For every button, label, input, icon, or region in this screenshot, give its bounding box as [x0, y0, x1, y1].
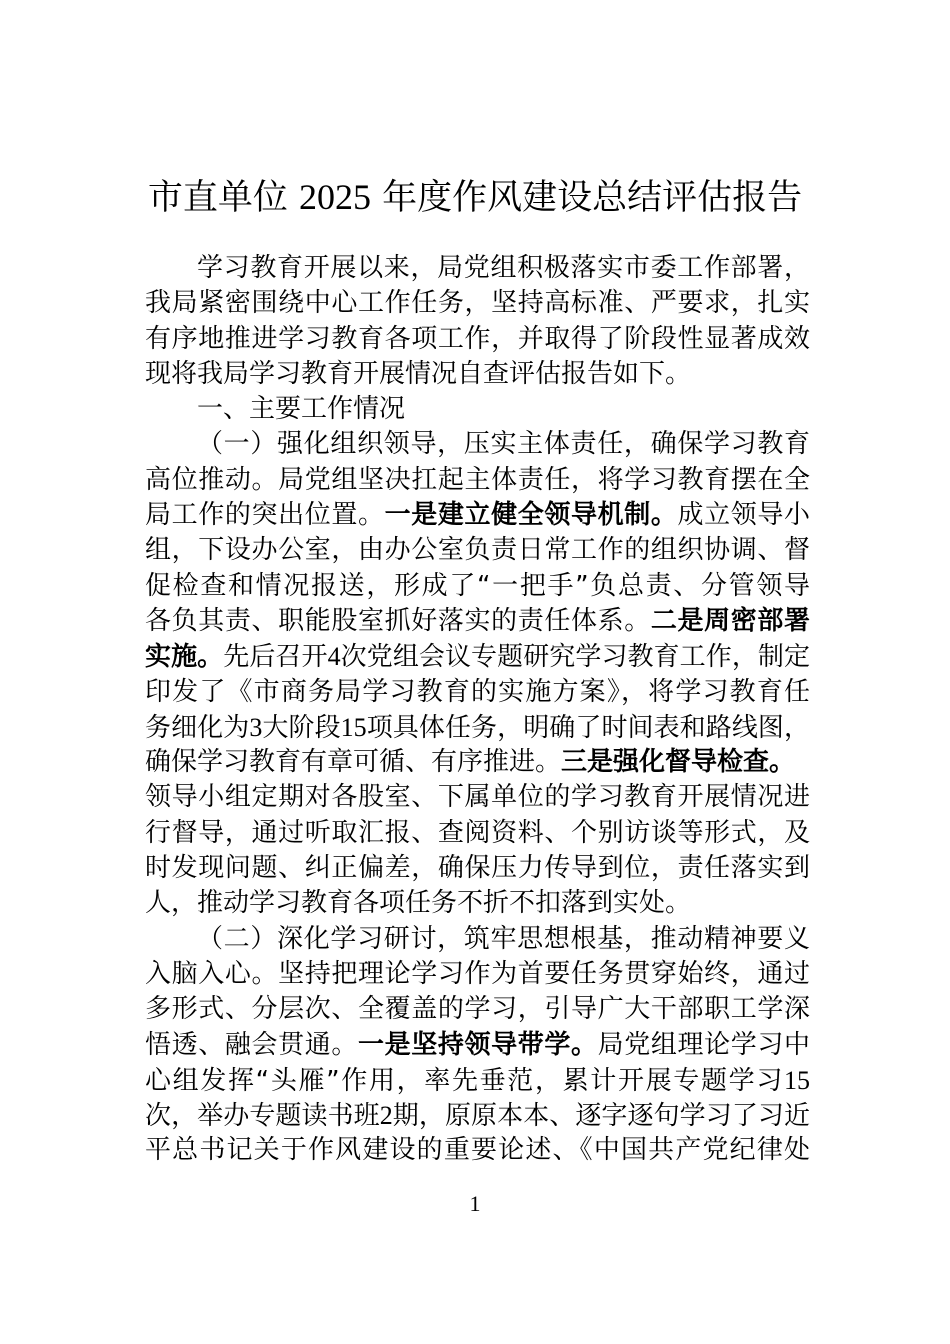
- text-line: 一、主要工作情况: [145, 392, 810, 427]
- text-line: 人，推动学习教育各项任务不折不扣落到实处。: [145, 886, 810, 921]
- text-line: 学习教育开展以来，局党组积极落实市委工作部署，: [145, 251, 810, 286]
- text-line: 确保学习教育有章可循、有序推进。三是强化督导检查。: [145, 745, 810, 780]
- text-line: 心组发挥“头雁”作用，率先垂范，累计开展专题学习15: [145, 1063, 810, 1098]
- text-segment: 4: [328, 642, 341, 671]
- text-line: 入脑入心。坚持把理论学习作为首要任务贯穿始终，通过: [145, 957, 810, 992]
- document-page: 市直单位 2025 年度作风建设总结评估报告 学习教育开展以来，局党组积极落实市…: [0, 0, 950, 1344]
- page-number: 1: [0, 1190, 950, 1218]
- text-segment: 领导小组定期对各股室、下属单位的学习教育开展情况进: [145, 782, 810, 812]
- text-line: 次，举办专题读书班2期，原原本本、逐字逐句学习了习近: [145, 1098, 810, 1133]
- text-segment: 15: [341, 713, 367, 742]
- text-line: 现将我局学习教育开展情况自查评估报告如下。: [145, 357, 810, 392]
- bold-text: 一是建立健全领导机制。: [385, 500, 678, 530]
- text-segment: 心组发挥“头雁”作用，率先垂范，累计开展专题学习: [145, 1066, 784, 1096]
- text-line: 平总书记关于作风建设的重要论述、《中国共产党纪律处: [145, 1133, 810, 1168]
- text-segment: 多形式、分层次、全覆盖的学习，引导广大干部职工学深: [145, 994, 810, 1024]
- text-segment: 局工作的突出位置。: [145, 500, 385, 530]
- text-segment: 悟透、融会贯通。: [145, 1030, 358, 1060]
- text-segment: （二）深化学习研讨，筑牢思想根基，推动精神要义: [197, 924, 810, 954]
- text-segment: 印发了《市商务局学习教育的实施方案》，将学习教育任: [145, 677, 810, 707]
- text-segment: 2: [380, 1101, 393, 1130]
- text-line: 组，下设办公室，由办公室负责日常工作的组织协调、督: [145, 533, 810, 568]
- text-line: 悟透、融会贯通。一是坚持领导带学。局党组理论学习中: [145, 1028, 810, 1063]
- text-line: （二）深化学习研讨，筑牢思想根基，推动精神要义: [145, 922, 810, 957]
- text-line: 局工作的突出位置。一是建立健全领导机制。成立领导小: [145, 498, 810, 533]
- text-segment: 确保学习教育有章可循、有序推进。: [145, 747, 561, 777]
- text-line: 各负其责、职能股室抓好落实的责任体系。二是周密部署: [145, 604, 810, 639]
- text-line: 行督导，通过听取汇报、查阅资料、个别访谈等形式，及: [145, 816, 810, 851]
- text-segment: 高位推动。局党组坚决扛起主体责任，将学习教育摆在全: [145, 465, 810, 495]
- text-segment: 学习教育开展以来，局党组积极落实市委工作部署，: [197, 253, 810, 283]
- text-segment: 先后召开: [223, 642, 327, 672]
- text-segment: 次党组会议专题研究学习教育工作，制定: [341, 642, 810, 672]
- bold-text: 实施。: [145, 642, 223, 672]
- text-line: 时发现问题、纠正偏差，确保压力传导到位，责任落实到: [145, 851, 810, 886]
- text-segment: 期，原原本本、逐字逐句学习了习近: [393, 1101, 810, 1131]
- text-segment: 3: [249, 713, 262, 742]
- text-line: 促检查和情况报送，形成了“一把手”负总责、分管领导: [145, 569, 810, 604]
- text-segment: 人，推动学习教育各项任务不折不扣落到实处。: [145, 888, 691, 918]
- text-line: 高位推动。局党组坚决扛起主体责任，将学习教育摆在全: [145, 463, 810, 498]
- title-part-1: 市直单位: [148, 178, 288, 218]
- text-segment: 各负其责、职能股室抓好落实的责任体系。: [145, 606, 651, 636]
- text-segment: 15: [784, 1066, 810, 1095]
- title-part-2: 年度作风建设总结评估报告: [382, 178, 802, 218]
- text-segment: 项具体任务，明确了时间表和路线图，: [367, 713, 810, 743]
- text-line: 务细化为3大阶段15项具体任务，明确了时间表和路线图，: [145, 710, 810, 745]
- text-segment: 平总书记关于作风建设的重要论述、《中国共产党纪律处: [145, 1135, 810, 1165]
- text-line: 印发了《市商务局学习教育的实施方案》，将学习教育任: [145, 675, 810, 710]
- bold-text: 一是坚持领导带学。: [358, 1030, 598, 1060]
- document-body: 学习教育开展以来，局党组积极落实市委工作部署，我局紧密围绕中心工作任务，坚持高标…: [145, 251, 810, 1169]
- text-segment: 局党组理论学习中: [598, 1030, 810, 1060]
- text-segment: 我局紧密围绕中心工作任务，坚持高标准、严要求，扎实: [145, 288, 810, 318]
- text-segment: 现将我局学习教育开展情况自查评估报告如下。: [145, 359, 691, 389]
- text-segment: 促检查和情况报送，形成了“一把手”负总责、分管领导: [145, 571, 810, 601]
- text-line: 实施。先后召开4次党组会议专题研究学习教育工作，制定: [145, 639, 810, 674]
- text-segment: 大阶段: [262, 713, 340, 743]
- text-line: 有序地推进学习教育各项工作，并取得了阶段性显著成效: [145, 322, 810, 357]
- text-line: 领导小组定期对各股室、下属单位的学习教育开展情况进: [145, 780, 810, 815]
- text-segment: 入脑入心。坚持把理论学习作为首要任务贯穿始终，通过: [145, 959, 810, 989]
- text-segment: 有序地推进学习教育各项工作，并取得了阶段性显著成效: [145, 324, 810, 354]
- text-segment: 时发现问题、纠正偏差，确保压力传导到位，责任落实到: [145, 853, 810, 883]
- text-segment: 组，下设办公室，由办公室负责日常工作的组织协调、督: [145, 535, 810, 565]
- bold-text: 二是周密部署: [651, 606, 810, 636]
- text-segment: 成立领导小: [677, 500, 810, 530]
- text-segment: （一）强化组织领导，压实主体责任，确保学习教育: [197, 429, 810, 459]
- text-segment: 行督导，通过听取汇报、查阅资料、个别访谈等形式，及: [145, 818, 810, 848]
- bold-text: 三是强化督导检查。: [561, 747, 795, 777]
- text-line: 我局紧密围绕中心工作任务，坚持高标准、严要求，扎实: [145, 286, 810, 321]
- text-segment: 一、主要工作情况: [197, 394, 405, 424]
- document-title: 市直单位 2025 年度作风建设总结评估报告: [0, 172, 950, 223]
- text-segment: 务细化为: [145, 713, 249, 743]
- text-line: （一）强化组织领导，压实主体责任，确保学习教育: [145, 427, 810, 462]
- text-line: 多形式、分层次、全覆盖的学习，引导广大干部职工学深: [145, 992, 810, 1027]
- text-segment: 次，举办专题读书班: [145, 1101, 380, 1131]
- title-year: 2025: [299, 177, 371, 217]
